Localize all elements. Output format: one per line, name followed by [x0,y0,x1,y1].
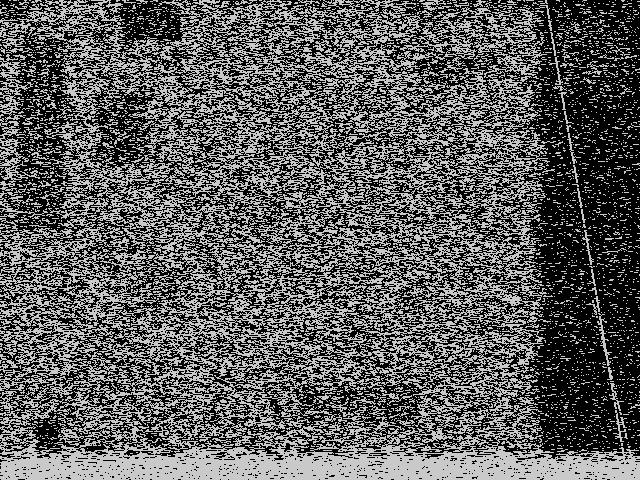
screenshot-root [0,0,640,480]
dithered-photo-canvas [0,0,640,480]
